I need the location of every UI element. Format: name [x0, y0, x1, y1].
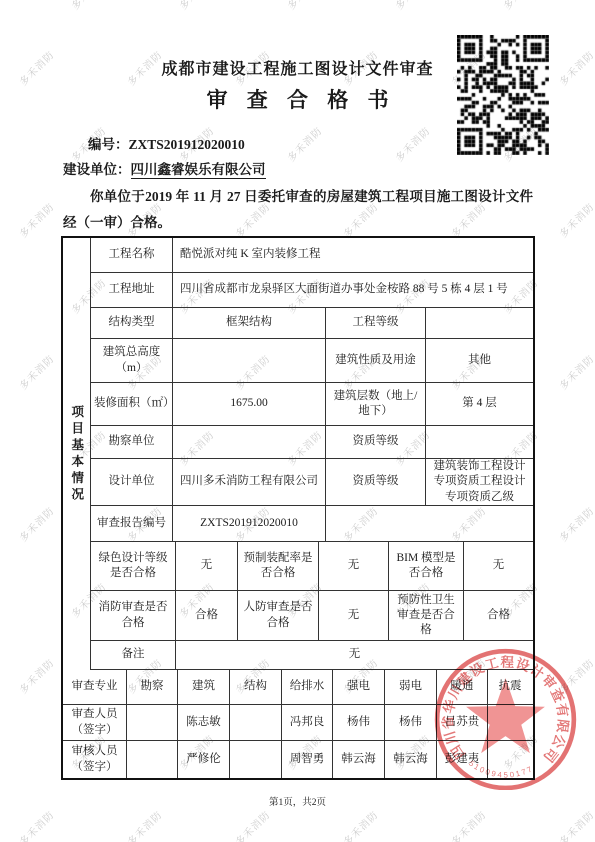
table-row: 设计单位 四川多禾消防工程有限公司 资质等级 建筑装饰工程设计专项资质工程设计专…: [91, 459, 533, 506]
bim-model-value: 无: [464, 542, 533, 590]
remarks-label: 备注: [91, 641, 176, 669]
table-row: 工程名称 酷悦派对纯 K 室内装修工程: [91, 238, 533, 273]
seal-number-text: 51009450177: [467, 759, 535, 780]
builder-name: 四川鑫睿娱乐有限公司: [131, 162, 266, 179]
report-number-label: 审查报告编号: [91, 506, 173, 541]
table-row: 消防审查是否合格 合格 人防审查是否合格 无 预防性卫生审查是否合格 合格: [91, 591, 533, 641]
building-usage-label: 建筑性质及用途: [326, 339, 426, 382]
civil-defense-label: 人防审查是否合格: [238, 591, 319, 640]
survey-grade-value: [426, 426, 533, 458]
health-review-label: 预防性卫生审查是否合格: [389, 591, 464, 640]
table-row: 装修面积（㎡） 1675.00 建筑层数（地上/地下） 第 4 层: [91, 383, 533, 426]
reviewer-name: [230, 705, 282, 740]
checkers-label: 审核人员（签字）: [63, 741, 127, 778]
checker-name: [230, 741, 282, 778]
decorated-area-value: 1675.00: [173, 383, 326, 425]
specialty-structure: 结构: [230, 670, 282, 704]
design-unit-label: 设计单位: [91, 459, 173, 505]
review-specialty-label: 审查专业: [63, 670, 127, 704]
side-label-cell: 项目基本情况: [63, 238, 91, 670]
builder-line: 建设单位：四川鑫睿娱乐有限公司: [63, 158, 266, 178]
table-row: 勘察单位 资质等级: [91, 426, 533, 459]
survey-unit-value: [173, 426, 326, 458]
design-grade-value: 建筑装饰工程设计专项资质工程设计专项资质乙级: [426, 459, 533, 505]
project-name-value: 酷悦派对纯 K 室内装修工程: [173, 238, 533, 272]
table-row: 建筑总高度（m） 建筑性质及用途 其他: [91, 339, 533, 383]
building-height-value: [173, 339, 326, 382]
doc-number-line: 编号：ZXTS201912020010: [88, 133, 245, 153]
doc-number-value: ZXTS201912020010: [129, 137, 245, 152]
health-review-value: 合格: [464, 591, 533, 640]
project-address-label: 工程地址: [91, 273, 173, 307]
page-number: 第1页，共2页: [0, 794, 595, 808]
svg-text:51009450177: 51009450177: [467, 759, 535, 780]
table-row: 绿色设计等级是否合格 无 预制装配率是否合格 无 BIM 模型是否合格 无: [91, 542, 533, 591]
green-design-value: 无: [176, 542, 238, 590]
seal-star: [466, 678, 545, 753]
structure-type-label: 结构类型: [91, 308, 173, 338]
green-design-label: 绿色设计等级是否合格: [91, 542, 176, 590]
decorated-area-label: 装修面积（㎡）: [91, 383, 173, 425]
reviewer-name: 陈志敏: [178, 705, 230, 740]
fire-review-label: 消防审查是否合格: [91, 591, 176, 640]
civil-defense-value: 无: [319, 591, 389, 640]
table-row: 工程地址 四川省成都市龙泉驿区大面街道办事处金桉路 88 号 5 栋 4 层 1…: [91, 273, 533, 308]
table-row: 审查报告编号 ZXTS201912020010: [91, 506, 533, 542]
specialty-survey: 勘察: [127, 670, 178, 704]
side-label: 项目基本情况: [68, 405, 85, 504]
report-number-value: ZXTS201912020010: [173, 506, 326, 541]
reviewer-name: 冯邦良: [282, 705, 333, 740]
survey-grade-label: 资质等级: [326, 426, 426, 458]
reviewer-name: 杨伟: [385, 705, 437, 740]
specialty-architecture: 建筑: [178, 670, 230, 704]
design-grade-label: 资质等级: [326, 459, 426, 505]
project-grade-value: [426, 308, 533, 338]
design-unit-value: 四川多禾消防工程有限公司: [173, 459, 326, 505]
certificate-page: 多禾消防多禾消防多禾消防多禾消防多禾消防多禾消防多禾消防多禾消防多禾消防多禾消防…: [0, 0, 595, 842]
doc-number-label: 编号：: [88, 137, 129, 152]
project-grade-label: 工程等级: [326, 308, 426, 338]
checker-name: 严修伦: [178, 741, 230, 778]
building-height-label: 建筑总高度（m）: [91, 339, 173, 382]
reviewer-name: 杨伟: [333, 705, 385, 740]
project-name-label: 工程名称: [91, 238, 173, 272]
survey-unit-label: 勘察单位: [91, 426, 173, 458]
specialty-strong-electric: 强电: [333, 670, 385, 704]
checker-name: [127, 741, 178, 778]
floors-label: 建筑层数（地上/地下）: [326, 383, 426, 425]
fire-review-value: 合格: [176, 591, 238, 640]
checker-name: 韩云海: [385, 741, 437, 778]
notice-paragraph: 你单位于2019 年 11 月 27 日委托审查的房屋建筑工程项目施工图设计文件…: [63, 184, 533, 236]
basic-info-rows: 工程名称 酷悦派对纯 K 室内装修工程 工程地址 四川省成都市龙泉驿区大面街道办…: [91, 238, 533, 670]
qr-code: [457, 35, 549, 155]
reviewers-label: 审查人员（签字）: [63, 705, 127, 740]
checker-name: 韩云海: [333, 741, 385, 778]
company-seal: 四川省华川建设工程设计审查有限公司 51009450177: [433, 645, 578, 790]
builder-label: 建设单位：: [63, 162, 131, 177]
project-address-value: 四川省成都市龙泉驿区大面街道办事处金桉路 88 号 5 栋 4 层 1 号: [173, 273, 533, 307]
structure-type-value: 框架结构: [173, 308, 326, 338]
floors-value: 第 4 层: [426, 383, 533, 425]
report-number-rest: [326, 506, 533, 541]
prefab-rate-value: 无: [319, 542, 389, 590]
specialty-weak-electric: 弱电: [385, 670, 437, 704]
prefab-rate-label: 预制装配率是否合格: [238, 542, 319, 590]
checker-name: 周智勇: [282, 741, 333, 778]
reviewer-name: [127, 705, 178, 740]
specialty-plumbing: 给排水: [282, 670, 333, 704]
building-usage-value: 其他: [426, 339, 533, 382]
table-row: 结构类型 框架结构 工程等级: [91, 308, 533, 339]
bim-model-label: BIM 模型是否合格: [389, 542, 464, 590]
basic-info-section: 项目基本情况 工程名称 酷悦派对纯 K 室内装修工程 工程地址 四川省成都市龙泉…: [63, 238, 533, 670]
